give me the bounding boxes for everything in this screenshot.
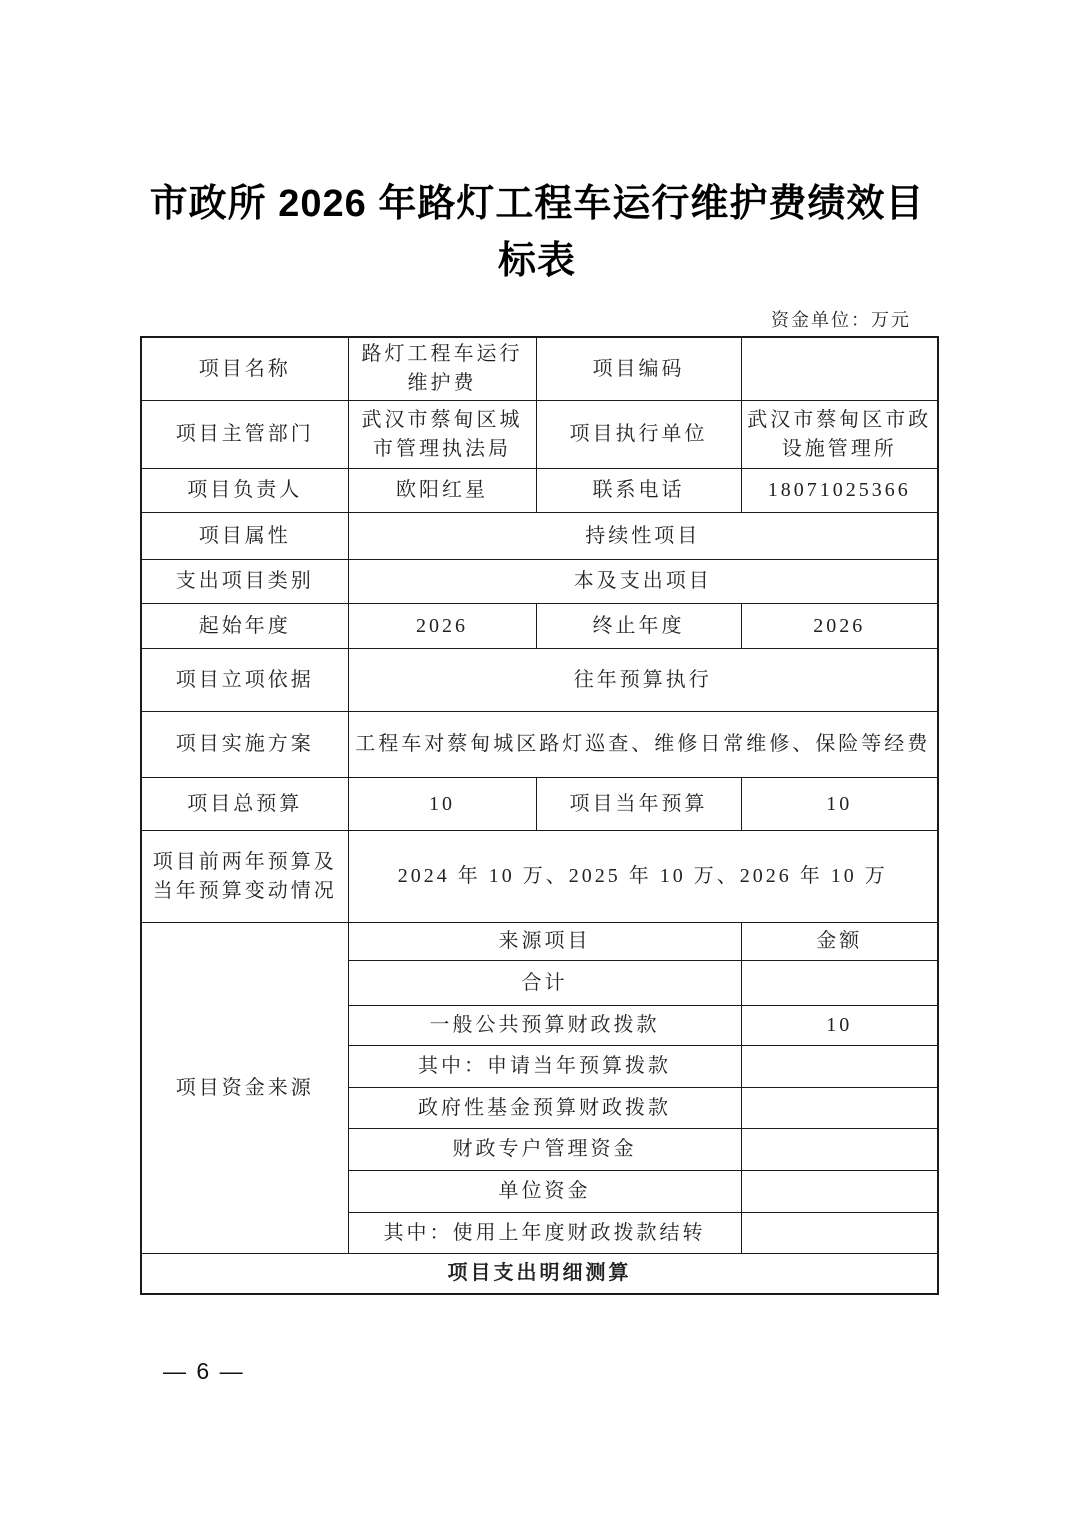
funding-source-section-label: 项目资金来源 — [141, 923, 348, 1254]
funding-source-header: 来源项目 — [348, 923, 741, 961]
table-row: 项目名称 路灯工程车运行维护费 项目编码 — [141, 337, 938, 401]
performance-target-table: 项目名称 路灯工程车运行维护费 项目编码 项目主管部门 武汉市蔡甸区城市管理执法… — [140, 336, 939, 1295]
funding-row-label: 其中：申请当年预算拨款 — [348, 1046, 741, 1088]
project-code-value — [741, 337, 938, 401]
table-row: 项目资金来源 来源项目 金额 — [141, 923, 938, 961]
table-row: 支出项目类别 本及支出项目 — [141, 560, 938, 604]
funding-row-amount — [741, 1088, 938, 1129]
expense-type-value: 本及支出项目 — [348, 560, 938, 604]
table-row: 起始年度 2026 终止年度 2026 — [141, 604, 938, 649]
funding-row-amount — [741, 1171, 938, 1213]
dept-label: 项目主管部门 — [141, 401, 348, 469]
leader-label: 项目负责人 — [141, 469, 348, 513]
leader-value: 欧阳红星 — [348, 469, 536, 513]
document-title-line-2: 标表 — [0, 233, 1074, 290]
funding-row-amount: 10 — [741, 1006, 938, 1046]
table-row: 项目属性 持续性项目 — [141, 513, 938, 560]
funding-row-amount — [741, 1213, 938, 1254]
phone-value: 18071025366 — [741, 469, 938, 513]
currency-unit-note: 资金单位：万元 — [140, 306, 937, 332]
expense-type-label: 支出项目类别 — [141, 560, 348, 604]
end-year-label: 终止年度 — [536, 604, 741, 649]
exec-unit-value: 武汉市蔡甸区市政设施管理所 — [741, 401, 938, 469]
plan-value: 工程车对蔡甸城区路灯巡查、维修日常维修、保险等经费 — [348, 712, 938, 778]
project-code-label: 项目编码 — [536, 337, 741, 401]
table-row: 项目前两年预算及当年预算变动情况 2024 年 10 万、2025 年 10 万… — [141, 831, 938, 923]
funding-row-label: 一般公共预算财政拨款 — [348, 1006, 741, 1046]
plan-label: 项目实施方案 — [141, 712, 348, 778]
table-row: 项目主管部门 武汉市蔡甸区城市管理执法局 项目执行单位 武汉市蔡甸区市政设施管理… — [141, 401, 938, 469]
funding-row-label: 财政专户管理资金 — [348, 1129, 741, 1171]
funding-amount-header: 金额 — [741, 923, 938, 961]
funding-row-label: 其中：使用上年度财政拨款结转 — [348, 1213, 741, 1254]
prev-budget-label: 项目前两年预算及当年预算变动情况 — [141, 831, 348, 923]
funding-row-amount — [741, 1046, 938, 1088]
attribute-value: 持续性项目 — [348, 513, 938, 560]
document-title: 市政所 2026 年路灯工程车运行维护费绩效目 标表 — [0, 176, 1074, 290]
total-budget-value: 10 — [348, 778, 536, 831]
basis-value: 往年预算执行 — [348, 649, 938, 712]
start-year-value: 2026 — [348, 604, 536, 649]
total-budget-label: 项目总预算 — [141, 778, 348, 831]
phone-label: 联系电话 — [536, 469, 741, 513]
end-year-value: 2026 — [741, 604, 938, 649]
attribute-label: 项目属性 — [141, 513, 348, 560]
current-budget-label: 项目当年预算 — [536, 778, 741, 831]
table-row: 项目支出明细测算 — [141, 1254, 938, 1294]
table-row: 项目立项依据 往年预算执行 — [141, 649, 938, 712]
prev-budget-value: 2024 年 10 万、2025 年 10 万、2026 年 10 万 — [348, 831, 938, 923]
document-title-line-1: 市政所 2026 年路灯工程车运行维护费绩效目 — [0, 176, 1074, 233]
document-page: 市政所 2026 年路灯工程车运行维护费绩效目 标表 资金单位：万元 项目名称 … — [0, 0, 1074, 1520]
project-name-value: 路灯工程车运行维护费 — [348, 337, 536, 401]
funding-row-amount — [741, 1129, 938, 1171]
funding-row-amount — [741, 961, 938, 1006]
current-budget-value: 10 — [741, 778, 938, 831]
table-row: 项目总预算 10 项目当年预算 10 — [141, 778, 938, 831]
detail-section-title: 项目支出明细测算 — [141, 1254, 938, 1294]
basis-label: 项目立项依据 — [141, 649, 348, 712]
funding-row-label: 合计 — [348, 961, 741, 1006]
funding-row-label: 政府性基金预算财政拨款 — [348, 1088, 741, 1129]
table-row: 项目实施方案 工程车对蔡甸城区路灯巡查、维修日常维修、保险等经费 — [141, 712, 938, 778]
start-year-label: 起始年度 — [141, 604, 348, 649]
page-number: — 6 — — [163, 1358, 1074, 1385]
dept-value: 武汉市蔡甸区城市管理执法局 — [348, 401, 536, 469]
table-row: 项目负责人 欧阳红星 联系电话 18071025366 — [141, 469, 938, 513]
funding-row-label: 单位资金 — [348, 1171, 741, 1213]
project-name-label: 项目名称 — [141, 337, 348, 401]
exec-unit-label: 项目执行单位 — [536, 401, 741, 469]
